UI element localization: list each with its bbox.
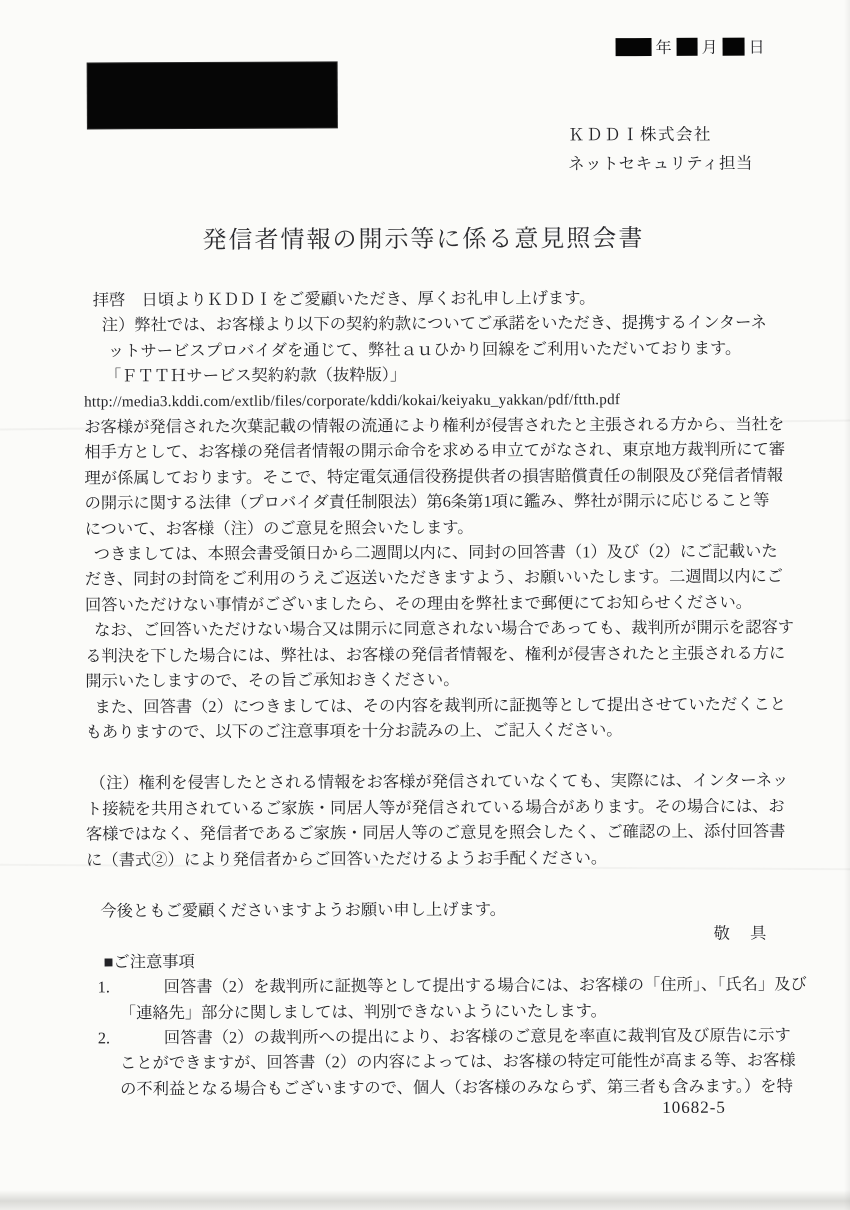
body-line: つきましては、本照会書受領日から二週間以内に、同封の回答書（1）及び（2）にご記… <box>85 539 769 567</box>
body-line: なお、ご回答いただけない場合又は開示に同意されない場合であっても、裁判所が開示を… <box>85 615 769 643</box>
note-line: 回答書（2）の裁判所への提出により、お客様のご意見を率直に裁判官及び原告に示す <box>164 1025 791 1047</box>
day-suffix: 日 <box>749 35 766 58</box>
note-item-2-line-1: 2.回答書（2）の裁判所への提出により、お客様のご意見を率直に裁判官及び原告に示… <box>87 1022 771 1050</box>
notes-heading: ■ご注意事項 <box>103 946 770 974</box>
recipient-redaction-box <box>88 62 337 128</box>
scan-edge-shadow <box>844 0 850 1210</box>
body-line: 注）弊社では、お客様より以下の契約約款についてご承諾をいただき、提携するインター… <box>84 310 768 338</box>
redacted-month-box <box>677 37 698 55</box>
body-line: 理が係属しております。そこで、特定電気通信役務提供者の損害賠償責任の制限及び発信… <box>84 462 768 490</box>
year-suffix: 年 <box>656 35 673 58</box>
note-item-2-line-2: ことができますが、回答書（2）の内容によっては、お客様の特定可能性が高まる等、お… <box>120 1048 771 1076</box>
date-line: 年 月 日 <box>616 35 766 59</box>
note-line: 回答書（2）を裁判所に証拠等として提出する場合には、お客様の「住所」、「氏名」及… <box>164 974 807 996</box>
contract-url-line: http://media3.kddi.com/extlib/files/corp… <box>84 386 768 414</box>
body-line: 回答いただけない事情がございましたら、その理由を弊社まで郵便にてお知らせください… <box>85 589 769 617</box>
sender-block: ＫＤＤＩ株式会社 ネットセキュリティ担当 <box>568 120 753 179</box>
month-suffix: 月 <box>702 35 719 58</box>
body-line: また、回答書（2）につきましては、その内容を裁判所に証拠等として提出させていただ… <box>85 691 769 719</box>
body-line: 相手方として、お客様の発信者情報の開示命令を求める申立てがなされ、東京地方裁判所… <box>84 437 768 465</box>
body-line: 「ＦＴＴＨサービス契約約款（抜粋版）」 <box>84 361 768 389</box>
sender-department: ネットセキュリティ担当 <box>568 149 753 179</box>
body-line: だき、同封の封筒をご利用のうえご返送いただきますよう、お願いいたします。二週間以… <box>85 564 769 592</box>
scanned-letter-page: 年 月 日 ＫＤＤＩ株式会社 ネットセキュリティ担当 発信者情報の開示等に係る意… <box>0 0 850 1210</box>
body-line: 開示いたしますので、その旨ご承知おきください。 <box>85 666 769 694</box>
body-line: ト接続を共用されているご家族・同居人等が発信されている場合があります。その場合に… <box>86 793 770 821</box>
closing-keigu: 敬 具 <box>86 921 770 949</box>
body-line: の開示に関する法律（プロバイダ責任制限法）第6条第1項に鑑み、弊社が開示に応じる… <box>84 488 768 516</box>
note-item-1-line-2: 「連絡先」部分に関しましては、判別できないようにいたします。 <box>120 997 771 1025</box>
note-item-number: 1. <box>98 974 164 1000</box>
body-line: 拝啓 日頃よりＫＤＤＩをご愛顧いただき、厚くお礼申し上げます。 <box>84 285 768 313</box>
body-line: （注）権利を侵害したとされる情報をお客様が発信されていなくても、実際には、インタ… <box>86 768 770 796</box>
body-line: もありますので、以下のご注意事項を十分お読みの上、ご記入ください。 <box>85 716 769 744</box>
body-line: る判決を下した場合には、弊社は、お客様の発信者情報を、権利が侵害されたと主張され… <box>85 640 769 668</box>
page-number: 10682-5 <box>662 1098 726 1118</box>
scan-bottom-band <box>0 1190 850 1210</box>
body-line: ットサービスプロバイダを通じて、弊社ａｕひかり回線をご利用いただいております。 <box>84 335 768 363</box>
letter-body: 拝啓 日頃よりＫＤＤＩをご愛顧いただき、厚くお礼申し上げます。 注）弊社では、お… <box>84 285 772 1102</box>
redacted-year-box <box>616 38 652 56</box>
body-line: について、お客様（注）のご意見を照会いたします。 <box>85 513 769 541</box>
body-line: 今後ともご愛顧くださいますようお願い申し上げます。 <box>86 895 770 923</box>
redacted-day-box <box>723 37 745 55</box>
letter-content: 年 月 日 ＫＤＤＩ株式会社 ネットセキュリティ担当 発信者情報の開示等に係る意… <box>0 0 850 1210</box>
note-item-number: 2. <box>98 1025 164 1051</box>
document-title: 発信者情報の開示等に係る意見照会書 <box>0 217 848 256</box>
sender-company: ＫＤＤＩ株式会社 <box>568 120 753 150</box>
note-item-1-line-1: 1.回答書（2）を裁判所に証拠等として提出する場合には、お客様の「住所」、「氏名… <box>87 972 771 1000</box>
body-line: 客様ではなく、発信者であるご家族・同居人等のご意見を照会したく、ご確認の上、添付… <box>86 819 770 847</box>
